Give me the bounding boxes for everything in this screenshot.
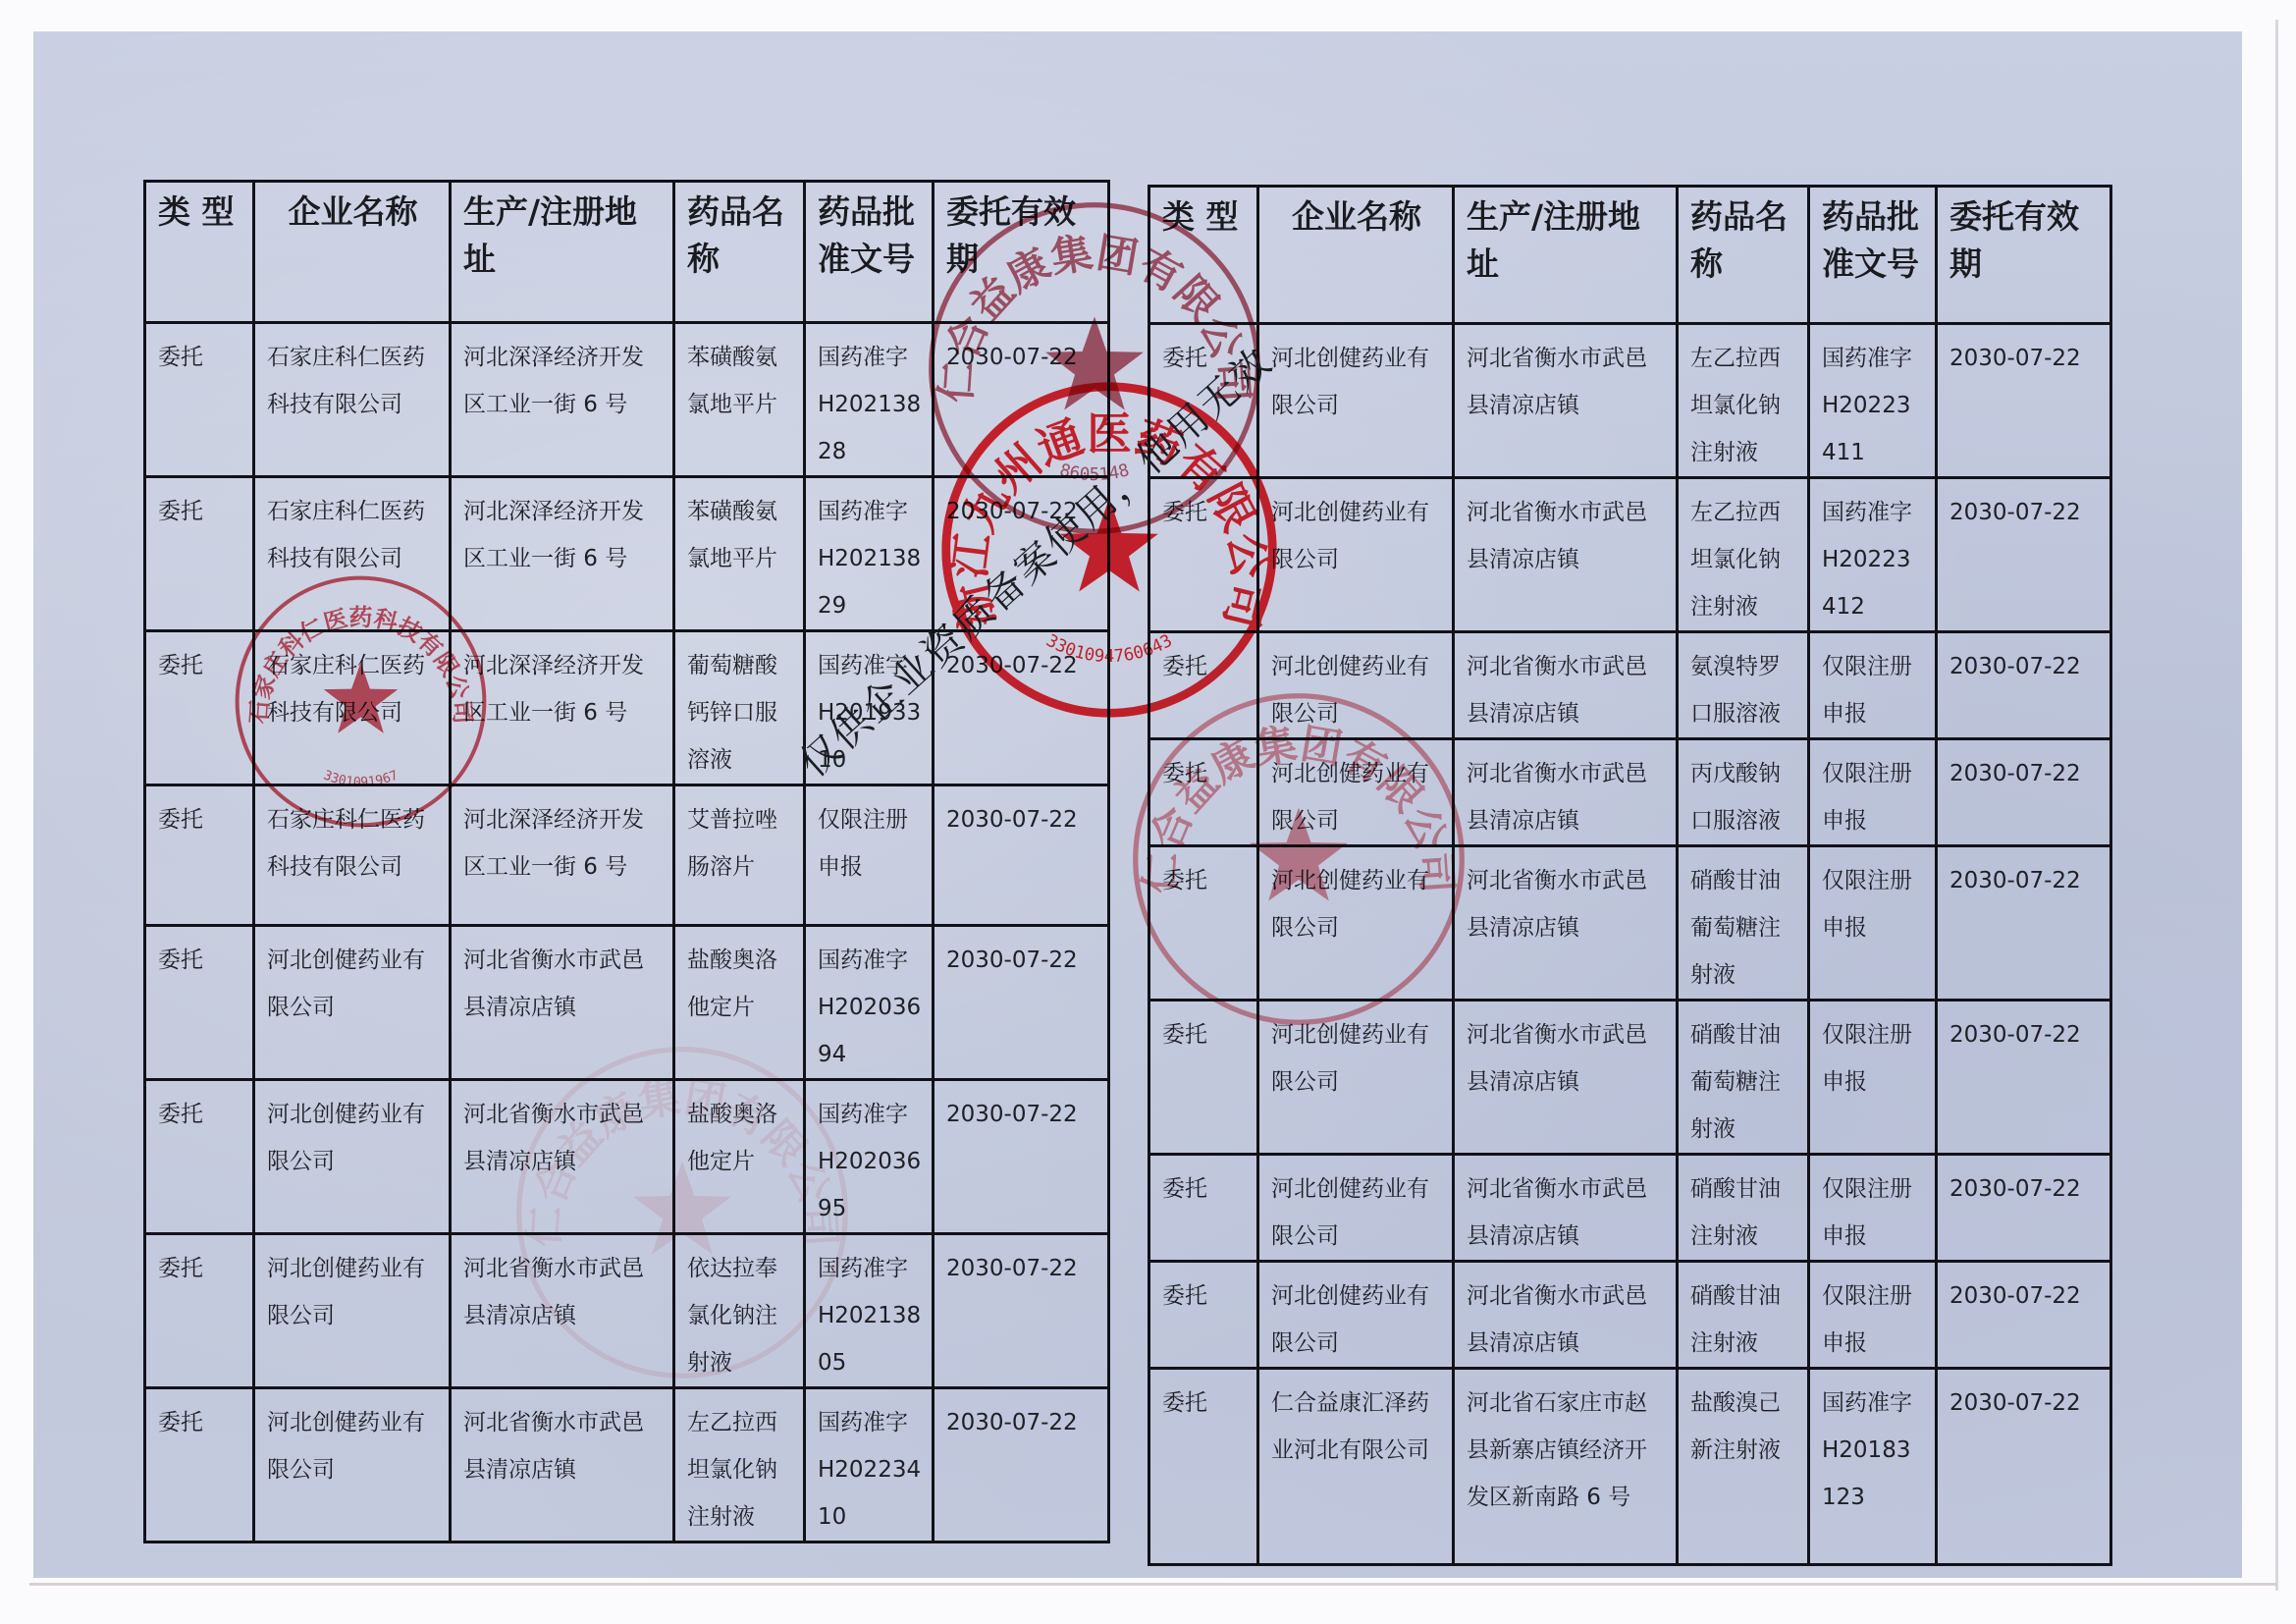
cell-company: 河北创健药业有限公司 [1258, 739, 1454, 846]
cell-approval-number: 仅限注册申报 [1809, 739, 1937, 846]
cell-drug-name: 苯磺酸氨氯地平片 [674, 323, 805, 477]
header-approval-number: 药品批准文号 [1809, 187, 1937, 324]
cell-valid-until: 2030-07-22 [934, 323, 1109, 477]
header-type: 类 型 [1149, 187, 1258, 324]
header-address: 生产/注册地址 [451, 182, 674, 323]
table-row: 委托河北创健药业有限公司河北省衡水市武邑县清凉店镇盐酸奥洛他定片国药准字 H20… [145, 926, 1109, 1080]
cell-drug-name: 盐酸溴己新注射液 [1678, 1369, 1809, 1565]
cell-company: 河北创健药业有限公司 [1258, 846, 1454, 1001]
table-row: 委托石家庄科仁医药科技有限公司河北深泽经济开发区工业一街 6 号苯磺酸氨氯地平片… [145, 323, 1109, 477]
cell-address: 河北省衡水市武邑县清凉店镇 [451, 1388, 674, 1543]
cell-address: 河北省衡水市武邑县清凉店镇 [1454, 1001, 1678, 1155]
cell-approval-number: 仅限注册申报 [1809, 1001, 1937, 1155]
cell-approval-number: 国药准字 H20183123 [1809, 1369, 1937, 1565]
header-valid-until: 委托有效期 [934, 182, 1109, 323]
cell-company: 河北创健药业有限公司 [254, 1080, 451, 1234]
cell-drug-name: 依达拉奉氯化钠注射液 [674, 1234, 805, 1388]
cell-drug-name: 硝酸甘油葡萄糖注射液 [1678, 1001, 1809, 1155]
cell-valid-until: 2030-07-22 [1937, 846, 2111, 1001]
table-row: 委托河北创健药业有限公司河北省衡水市武邑县清凉店镇左乙拉西坦氯化钠注射液国药准字… [145, 1388, 1109, 1543]
cell-address: 河北省衡水市武邑县清凉店镇 [1454, 478, 1678, 632]
cell-company: 河北创健药业有限公司 [1258, 1001, 1454, 1155]
cell-address: 河北省石家庄市赵县新寨店镇经济开发区新南路 6 号 [1454, 1369, 1678, 1565]
cell-type: 委托 [1149, 739, 1258, 846]
header-valid-until: 委托有效期 [1937, 187, 2111, 324]
cell-valid-until: 2030-07-22 [934, 631, 1109, 785]
table-row: 委托河北创健药业有限公司河北省衡水市武邑县清凉店镇丙戊酸钠口服溶液仅限注册申报2… [1149, 739, 2111, 846]
cell-company: 石家庄科仁医药科技有限公司 [254, 631, 451, 785]
cell-approval-number: 国药准字 H20223411 [1809, 324, 1937, 478]
table-row: 委托河北创健药业有限公司河北省衡水市武邑县清凉店镇左乙拉西坦氯化钠注射液国药准字… [1149, 324, 2111, 478]
cell-address: 河北深泽经济开发区工业一街 6 号 [451, 631, 674, 785]
cell-address: 河北深泽经济开发区工业一街 6 号 [451, 323, 674, 477]
cell-company: 河北创健药业有限公司 [254, 1234, 451, 1388]
cell-address: 河北省衡水市武邑县清凉店镇 [451, 926, 674, 1080]
header-company: 企业名称 [254, 182, 451, 323]
cell-address: 河北省衡水市武邑县清凉店镇 [451, 1234, 674, 1388]
cell-type: 委托 [1149, 1001, 1258, 1155]
cell-address: 河北省衡水市武邑县清凉店镇 [1454, 739, 1678, 846]
table-row: 委托河北创健药业有限公司河北省衡水市武邑县清凉店镇盐酸奥洛他定片国药准字 H20… [145, 1080, 1109, 1234]
cell-approval-number: 国药准字 H20203695 [805, 1080, 934, 1234]
cell-valid-until: 2030-07-22 [1937, 1262, 2111, 1369]
table-header-row: 类 型 企业名称 生产/注册地址 药品名称 药品批准文号 委托有效期 [1149, 187, 2111, 324]
cell-approval-number: 国药准字 H20203694 [805, 926, 934, 1080]
table-row: 委托河北创健药业有限公司河北省衡水市武邑县清凉店镇硝酸甘油葡萄糖注射液仅限注册申… [1149, 846, 2111, 1001]
entrustment-table-right: 类 型 企业名称 生产/注册地址 药品名称 药品批准文号 委托有效期 委托河北创… [1148, 185, 2112, 1566]
cell-company: 河北创健药业有限公司 [254, 926, 451, 1080]
cell-valid-until: 2030-07-22 [934, 1234, 1109, 1388]
cell-company: 河北创健药业有限公司 [1258, 1262, 1454, 1369]
cell-approval-number: 仅限注册申报 [805, 785, 934, 926]
header-type: 类 型 [145, 182, 254, 323]
cell-type: 委托 [145, 477, 254, 631]
cell-type: 委托 [145, 1080, 254, 1234]
table-row: 委托河北创健药业有限公司河北省衡水市武邑县清凉店镇硝酸甘油注射液仅限注册申报20… [1149, 1262, 2111, 1369]
cell-company: 石家庄科仁医药科技有限公司 [254, 785, 451, 926]
cell-type: 委托 [145, 1388, 254, 1543]
cell-address: 河北省衡水市武邑县清凉店镇 [1454, 1155, 1678, 1262]
cell-type: 委托 [1149, 478, 1258, 632]
table-body: 委托河北创健药业有限公司河北省衡水市武邑县清凉店镇左乙拉西坦氯化钠注射液国药准字… [1149, 324, 2111, 1565]
cell-drug-name: 氨溴特罗口服溶液 [1678, 632, 1809, 739]
cell-valid-until: 2030-07-22 [934, 1080, 1109, 1234]
page-edge [2275, 20, 2278, 1591]
table-row: 委托河北创健药业有限公司河北省衡水市武邑县清凉店镇硝酸甘油注射液仅限注册申报20… [1149, 1155, 2111, 1262]
table-row: 委托石家庄科仁医药科技有限公司河北深泽经济开发区工业一街 6 号艾普拉唑肠溶片仅… [145, 785, 1109, 926]
table-row: 委托河北创健药业有限公司河北省衡水市武邑县清凉店镇硝酸甘油葡萄糖注射液仅限注册申… [1149, 1001, 2111, 1155]
cell-approval-number: 国药准字 H20213828 [805, 323, 934, 477]
table-row: 委托河北创健药业有限公司河北省衡水市武邑县清凉店镇左乙拉西坦氯化钠注射液国药准字… [1149, 478, 2111, 632]
cell-approval-number: 国药准字 H20193310 [805, 631, 934, 785]
cell-valid-until: 2030-07-22 [1937, 1001, 2111, 1155]
cell-type: 委托 [1149, 846, 1258, 1001]
table-row: 委托仁合益康汇泽药业河北有限公司河北省石家庄市赵县新寨店镇经济开发区新南路 6 … [1149, 1369, 2111, 1565]
cell-valid-until: 2030-07-22 [934, 477, 1109, 631]
cell-address: 河北省衡水市武邑县清凉店镇 [1454, 632, 1678, 739]
cell-type: 委托 [1149, 1262, 1258, 1369]
table-header-row: 类 型 企业名称 生产/注册地址 药品名称 药品批准文号 委托有效期 [145, 182, 1109, 323]
cell-approval-number: 仅限注册申报 [1809, 632, 1937, 739]
cell-type: 委托 [145, 1234, 254, 1388]
table-row: 委托石家庄科仁医药科技有限公司河北深泽经济开发区工业一街 6 号苯磺酸氨氯地平片… [145, 477, 1109, 631]
cell-address: 河北省衡水市武邑县清凉店镇 [1454, 1262, 1678, 1369]
cell-approval-number: 国药准字 H20213829 [805, 477, 934, 631]
header-company: 企业名称 [1258, 187, 1454, 324]
cell-type: 委托 [145, 926, 254, 1080]
header-approval-number: 药品批准文号 [805, 182, 934, 323]
cell-type: 委托 [1149, 1369, 1258, 1565]
cell-valid-until: 2030-07-22 [934, 1388, 1109, 1543]
cell-valid-until: 2030-07-22 [1937, 1369, 2111, 1565]
cell-address: 河北省衡水市武邑县清凉店镇 [1454, 324, 1678, 478]
table-body: 委托石家庄科仁医药科技有限公司河北深泽经济开发区工业一街 6 号苯磺酸氨氯地平片… [145, 323, 1109, 1543]
cell-type: 委托 [1149, 324, 1258, 478]
cell-approval-number: 国药准字 H20223412 [1809, 478, 1937, 632]
cell-company: 河北创健药业有限公司 [1258, 324, 1454, 478]
cell-drug-name: 艾普拉唑肠溶片 [674, 785, 805, 926]
cell-drug-name: 葡萄糖酸钙锌口服溶液 [674, 631, 805, 785]
header-drug-name: 药品名称 [674, 182, 805, 323]
page-edge [29, 1583, 2277, 1586]
cell-company: 仁合益康汇泽药业河北有限公司 [1258, 1369, 1454, 1565]
cell-valid-until: 2030-07-22 [1937, 739, 2111, 846]
cell-company: 河北创健药业有限公司 [254, 1388, 451, 1543]
cell-drug-name: 硝酸甘油葡萄糖注射液 [1678, 846, 1809, 1001]
cell-address: 河北深泽经济开发区工业一街 6 号 [451, 477, 674, 631]
cell-type: 委托 [145, 631, 254, 785]
table-row: 委托石家庄科仁医药科技有限公司河北深泽经济开发区工业一街 6 号葡萄糖酸钙锌口服… [145, 631, 1109, 785]
cell-drug-name: 硝酸甘油注射液 [1678, 1155, 1809, 1262]
table-row: 委托河北创健药业有限公司河北省衡水市武邑县清凉店镇依达拉奉氯化钠注射液国药准字 … [145, 1234, 1109, 1388]
cell-type: 委托 [1149, 632, 1258, 739]
cell-valid-until: 2030-07-22 [1937, 632, 2111, 739]
cell-company: 河北创健药业有限公司 [1258, 1155, 1454, 1262]
cell-company: 石家庄科仁医药科技有限公司 [254, 323, 451, 477]
cell-address: 河北省衡水市武邑县清凉店镇 [1454, 846, 1678, 1001]
cell-valid-until: 2030-07-22 [934, 785, 1109, 926]
cell-address: 河北深泽经济开发区工业一街 6 号 [451, 785, 674, 926]
cell-company: 河北创健药业有限公司 [1258, 632, 1454, 739]
cell-drug-name: 盐酸奥洛他定片 [674, 926, 805, 1080]
cell-address: 河北省衡水市武邑县清凉店镇 [451, 1080, 674, 1234]
entrustment-table-left: 类 型 企业名称 生产/注册地址 药品名称 药品批准文号 委托有效期 委托石家庄… [143, 180, 1110, 1543]
cell-type: 委托 [145, 785, 254, 926]
table-row: 委托河北创健药业有限公司河北省衡水市武邑县清凉店镇氨溴特罗口服溶液仅限注册申报2… [1149, 632, 2111, 739]
cell-company: 石家庄科仁医药科技有限公司 [254, 477, 451, 631]
cell-valid-until: 2030-07-22 [934, 926, 1109, 1080]
cell-valid-until: 2030-07-22 [1937, 1155, 2111, 1262]
cell-type: 委托 [145, 323, 254, 477]
cell-drug-name: 盐酸奥洛他定片 [674, 1080, 805, 1234]
header-drug-name: 药品名称 [1678, 187, 1809, 324]
cell-approval-number: 国药准字 H20213805 [805, 1234, 934, 1388]
cell-valid-until: 2030-07-22 [1937, 478, 2111, 632]
cell-company: 河北创健药业有限公司 [1258, 478, 1454, 632]
cell-drug-name: 硝酸甘油注射液 [1678, 1262, 1809, 1369]
cell-drug-name: 苯磺酸氨氯地平片 [674, 477, 805, 631]
cell-approval-number: 仅限注册申报 [1809, 1155, 1937, 1262]
cell-drug-name: 左乙拉西坦氯化钠注射液 [1678, 324, 1809, 478]
cell-approval-number: 仅限注册申报 [1809, 846, 1937, 1001]
cell-drug-name: 左乙拉西坦氯化钠注射液 [674, 1388, 805, 1543]
cell-valid-until: 2030-07-22 [1937, 324, 2111, 478]
cell-approval-number: 仅限注册申报 [1809, 1262, 1937, 1369]
cell-type: 委托 [1149, 1155, 1258, 1262]
header-address: 生产/注册地址 [1454, 187, 1678, 324]
cell-drug-name: 左乙拉西坦氯化钠注射液 [1678, 478, 1809, 632]
cell-drug-name: 丙戊酸钠口服溶液 [1678, 739, 1809, 846]
cell-approval-number: 国药准字 H20223410 [805, 1388, 934, 1543]
